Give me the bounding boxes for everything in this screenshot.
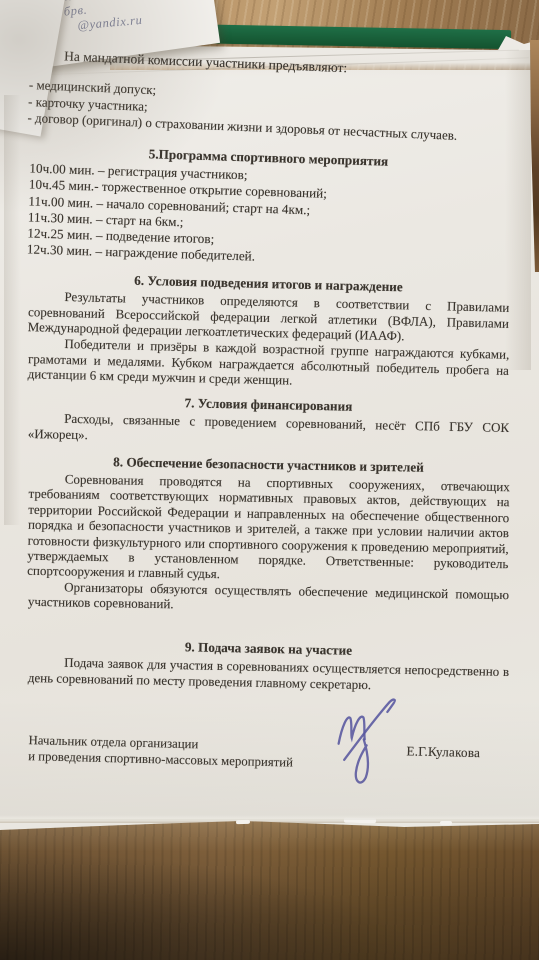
signatory-name: Е.Г.Кулакова (406, 743, 480, 761)
paper-edge-highlight (236, 820, 250, 824)
paper-edge-highlight (440, 821, 452, 825)
photographed-document: намшикова sdovic 3. брв. @yandix.ru На м… (0, 0, 539, 960)
section-8-paragraph: Соревнования проводятся на спортивных со… (27, 471, 510, 587)
paper-bottom-edge (0, 815, 539, 823)
mandate-commission-list: - медицинский допуск; - карточку участни… (27, 77, 510, 147)
signature-stroke (356, 739, 369, 783)
desk-wood-bottom (0, 821, 539, 960)
document-text: На мандатной комиссии участники предъявл… (28, 46, 509, 798)
signature-flourish (330, 689, 408, 793)
signature-block: Начальник отдела организации и проведени… (27, 732, 509, 804)
program-schedule: 10ч.00 мин. – регистрация участников; 10… (27, 160, 511, 273)
paper-edge-highlight (344, 818, 376, 824)
mandate-commission-lead: На мандатной комиссии участники предъявл… (28, 46, 509, 83)
signature-stroke (339, 716, 366, 744)
